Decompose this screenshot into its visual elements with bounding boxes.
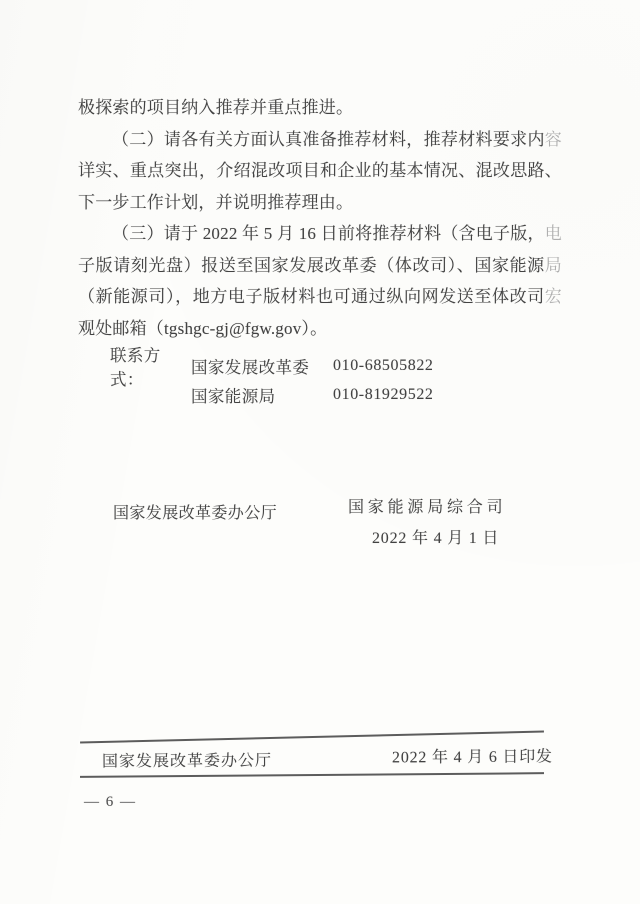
contact-phone: 010-68505822 bbox=[333, 357, 434, 375]
page-number: — 6 — bbox=[84, 794, 137, 811]
contact-phone: 010-81929522 bbox=[333, 386, 434, 404]
body-line: 极探索的项目纳入推荐并重点推进。 bbox=[78, 92, 562, 124]
footer-rule-top bbox=[80, 731, 544, 744]
scanned-document-page: 极探索的项目纳入推荐并重点推进。 （二）请各有关方面认真准备推荐材料，推荐材料要… bbox=[0, 0, 640, 904]
signature-date: 2022 年 4 月 1 日 bbox=[372, 525, 499, 548]
body-line: （二）请各有关方面认真准备推荐材料，推荐材料要求内容 bbox=[78, 124, 562, 156]
faded-character: 容 bbox=[545, 130, 562, 149]
body-line: 观处邮箱（tgshgc-gj@fgw.gov）。 bbox=[78, 313, 562, 345]
body-line-text: （三）请于 2022 年 5 月 16 日前将推荐材料（含电子版， bbox=[112, 224, 545, 243]
body-line-text: （二）请各有关方面认真准备推荐材料，推荐材料要求内 bbox=[112, 130, 545, 149]
body-line-text: 观处邮箱（tgshgc-gj@fgw.gov）。 bbox=[78, 319, 327, 338]
body-line-text: （新能源司），地方电子版材料也可通过纵向网发送至体改司 bbox=[78, 287, 545, 306]
body-line: 详实、重点突出，介绍混改项目和企业的基本情况、混改思路、 bbox=[78, 155, 562, 187]
signature-left-org: 国家发展改革委办公厅 bbox=[113, 500, 277, 523]
contact-block: 联系方式： 国家发展改革委 010-68505822 国家能源局 010-819… bbox=[110, 351, 434, 409]
body-line-text: 子版请刻光盘）报送至国家发展改革委（体改司）、国家能源 bbox=[78, 256, 545, 275]
contact-org: 国家发展改革委 bbox=[191, 354, 333, 378]
footer-issuer: 国家发展改革委办公厅 bbox=[102, 748, 272, 772]
signature-right-org: 国家能源局综合司 bbox=[348, 494, 506, 517]
faded-character: 宏 bbox=[545, 287, 562, 306]
body-line-text: 下一步工作计划，并说明推荐理由。 bbox=[78, 193, 353, 212]
body-line-text: 详实、重点突出，介绍混改项目和企业的基本情况、混改思路、 bbox=[78, 161, 562, 180]
footer-print-date: 2022 年 4 月 6 日印发 bbox=[392, 744, 553, 768]
contact-row: 联系方式： 国家发展改革委 010-68505822 bbox=[110, 351, 434, 380]
body-text: 极探索的项目纳入推荐并重点推进。 （二）请各有关方面认真准备推荐材料，推荐材料要… bbox=[78, 92, 562, 344]
body-line: （新能源司），地方电子版材料也可通过纵向网发送至体改司宏 bbox=[78, 281, 562, 313]
body-line: （三）请于 2022 年 5 月 16 日前将推荐材料（含电子版，电 bbox=[78, 218, 562, 250]
body-line: 子版请刻光盘）报送至国家发展改革委（体改司）、国家能源局 bbox=[78, 250, 562, 282]
contact-label: 联系方式： bbox=[110, 342, 191, 390]
faded-character: 电 bbox=[545, 224, 562, 243]
faded-character: 局 bbox=[545, 256, 562, 275]
footer-rule-bottom bbox=[80, 772, 544, 777]
body-line-text: 极探索的项目纳入推荐并重点推进。 bbox=[78, 98, 353, 117]
contact-org: 国家能源局 bbox=[191, 383, 333, 407]
body-line: 下一步工作计划，并说明推荐理由。 bbox=[78, 187, 562, 219]
